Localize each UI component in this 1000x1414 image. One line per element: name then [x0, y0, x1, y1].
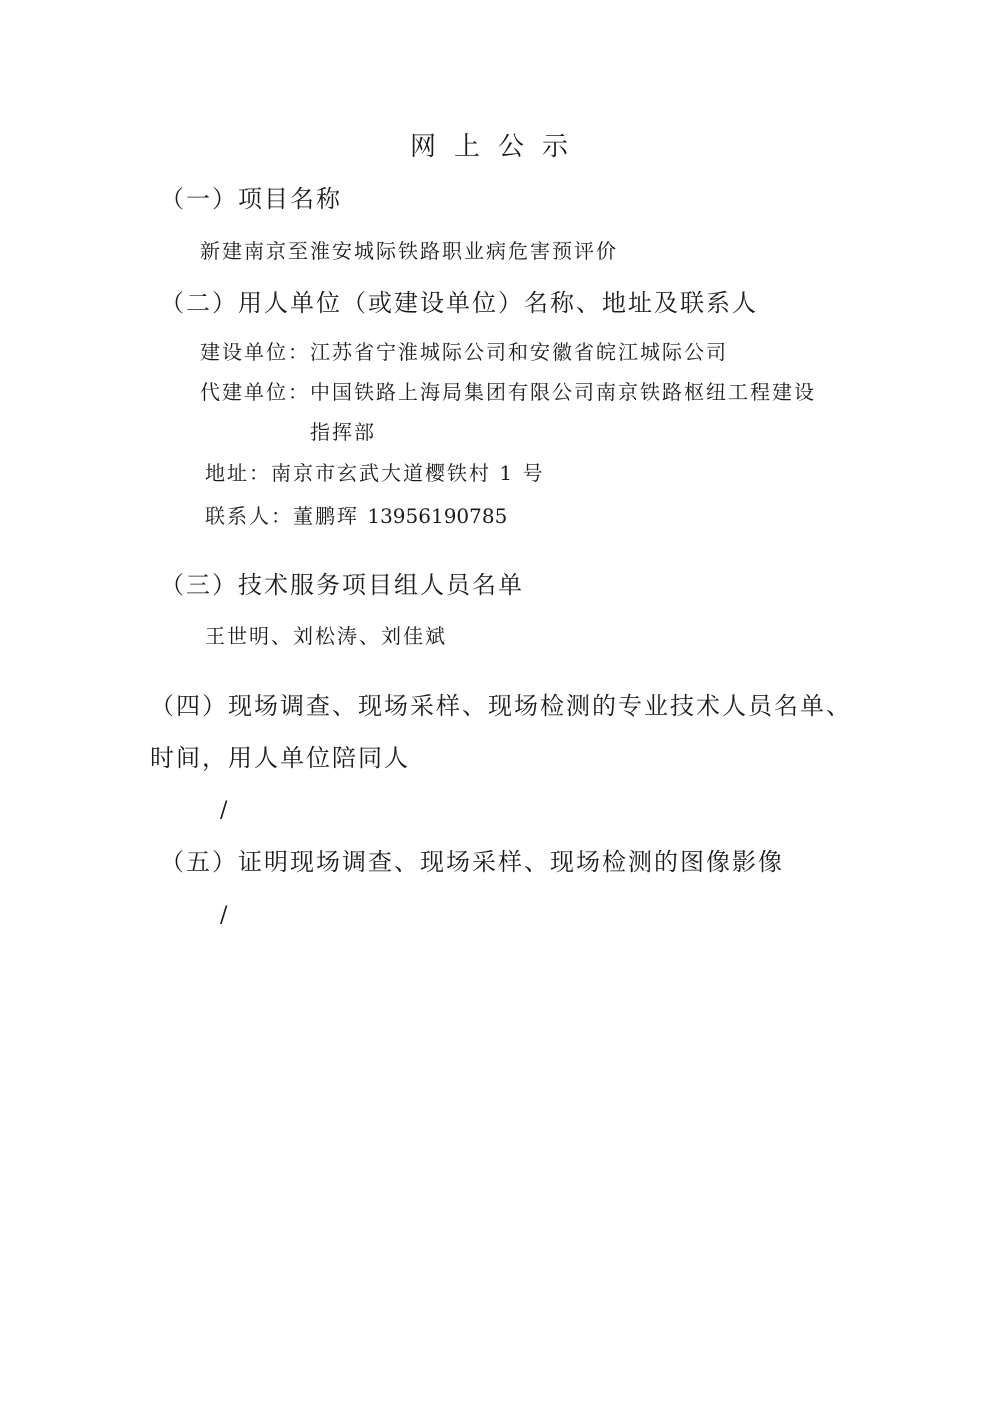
page-title: 网上公示 — [410, 134, 586, 160]
team-members: 王世明、刘松涛、刘佳斌 — [205, 626, 447, 646]
section-2-heading: （二）用人单位（或建设单位）名称、地址及联系人 — [160, 291, 758, 315]
section-3-heading: （三）技术服务项目组人员名单 — [160, 573, 524, 597]
section-4-heading-line2: 时间，用人单位陪同人 — [150, 746, 410, 770]
construction-unit-row: 建设单位：江苏省宁淮城际公司和安徽省皖江城际公司 — [200, 342, 728, 362]
section-5-heading: （五）证明现场调查、现场采样、现场检测的图像影像 — [160, 850, 784, 874]
project-name: 新建南京至淮安城际铁路职业病危害预评价 — [200, 241, 618, 261]
construction-unit-label: 建设单位： — [200, 340, 310, 364]
agent-unit-value-line2: 指挥部 — [310, 422, 376, 442]
address-row: 地址：南京市玄武大道樱铁村 1 号 — [205, 463, 544, 483]
contact-phone: 13956190785 — [367, 504, 507, 528]
contact-label: 联系人： — [205, 504, 293, 528]
address-label: 地址： — [205, 461, 271, 485]
agent-unit-row: 代建单位：中国铁路上海局集团有限公司南京铁路枢纽工程建设 — [200, 382, 816, 402]
agent-unit-value-line1: 中国铁路上海局集团有限公司南京铁路枢纽工程建设 — [310, 380, 816, 404]
section-4-heading-line1: （四）现场调查、现场采样、现场检测的专业技术人员名单、 — [150, 694, 852, 718]
section-4-value: / — [220, 800, 227, 822]
agent-unit-label: 代建单位： — [200, 380, 310, 404]
address-value: 南京市玄武大道樱铁村 1 号 — [271, 461, 544, 485]
contact-row: 联系人：董鹏珲 13956190785 — [205, 506, 507, 526]
section-1-heading: （一）项目名称 — [160, 187, 342, 211]
section-5-value: / — [220, 905, 227, 927]
construction-unit-value: 江苏省宁淮城际公司和安徽省皖江城际公司 — [310, 340, 728, 364]
contact-name: 董鹏珲 — [293, 504, 359, 528]
